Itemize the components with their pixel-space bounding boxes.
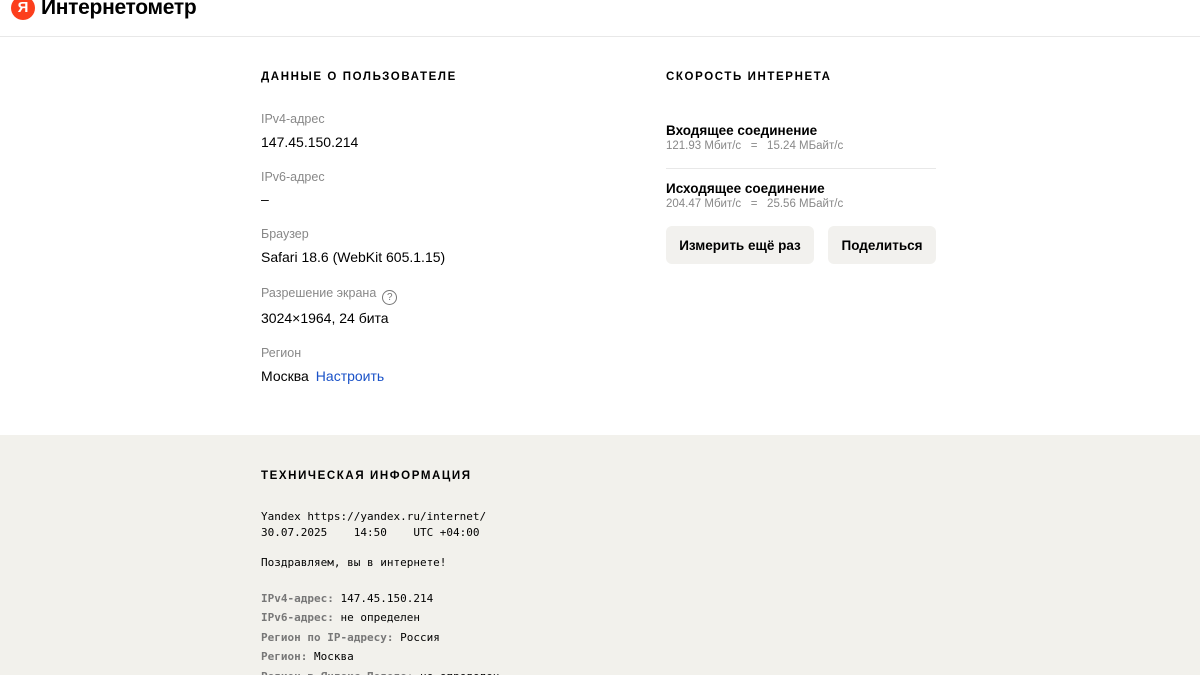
tech-info-title: ТЕХНИЧЕСКАЯ ИНФОРМАЦИЯ: [261, 470, 472, 482]
upload-value: 204.47 Мбит/с = 25.56 МБайт/с: [666, 198, 843, 210]
tech-row: Регион по IP-адресу: Россия: [261, 631, 440, 644]
tech-greeting: Поздравляем, вы в интернете!: [261, 556, 446, 569]
ipv6-label: IPv6-адрес: [261, 170, 325, 184]
resolution-label-row: Разрешение экрана?: [261, 286, 397, 305]
tech-line-url: Yandex https://yandex.ru/internet/: [261, 510, 486, 523]
region-row: МоскваНастроить: [261, 368, 384, 384]
user-data-title: ДАННЫЕ О ПОЛЬЗОВАТЕЛЕ: [261, 71, 457, 83]
region-settings-link[interactable]: Настроить: [316, 368, 384, 384]
tech-row: IPv4-адрес: 147.45.150.214: [261, 592, 433, 605]
tech-row: IPv6-адрес: не определен: [261, 611, 420, 624]
resolution-label: Разрешение экрана: [261, 286, 376, 300]
download-title: Входящее соединение: [666, 123, 817, 138]
yandex-logo-icon: Я: [11, 0, 35, 20]
browser-value: Safari 18.6 (WebKit 605.1.15): [261, 249, 445, 265]
ipv6-value: –: [261, 191, 269, 207]
tech-line-datetime: 30.07.2025 14:50 UTC +04:00: [261, 526, 480, 539]
resolution-value: 3024×1964, 24 бита: [261, 310, 389, 326]
region-label: Регион: [261, 346, 301, 360]
tech-row: Регион: Москва: [261, 650, 354, 663]
ipv4-value: 147.45.150.214: [261, 134, 358, 150]
app-title: Интернетометр: [41, 0, 196, 20]
download-value: 121.93 Мбит/с = 15.24 МБайт/с: [666, 140, 843, 152]
upload-title: Исходящее соединение: [666, 181, 825, 196]
logo[interactable]: Я Интернетометр: [11, 0, 196, 20]
speed-title: СКОРОСТЬ ИНТЕРНЕТА: [666, 71, 832, 83]
header: Я Интернетометр: [0, 0, 1200, 37]
retest-button[interactable]: Измерить ещё раз: [666, 226, 814, 264]
tech-info-section: ТЕХНИЧЕСКАЯ ИНФОРМАЦИЯ Yandex https://ya…: [0, 435, 1200, 675]
region-value: Москва: [261, 368, 309, 384]
ipv4-label: IPv4-адрес: [261, 112, 325, 126]
browser-label: Браузер: [261, 227, 309, 241]
speed-divider: [666, 168, 936, 169]
tech-row: Регион в Яндекс.Погоде: не определен: [261, 670, 499, 675]
share-button[interactable]: Поделиться: [828, 226, 936, 264]
help-icon[interactable]: ?: [382, 290, 397, 305]
